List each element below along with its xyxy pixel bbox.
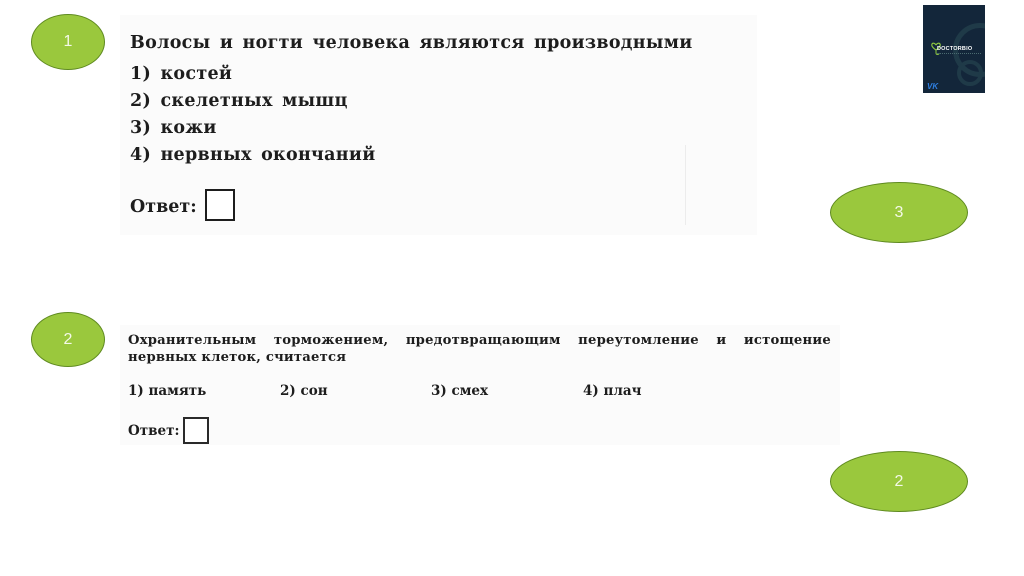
- marker-label: 1: [64, 33, 73, 51]
- question-2-answer: Ответ:: [128, 417, 209, 444]
- question-1-answer: Ответ:: [130, 193, 235, 221]
- answer-box: [205, 189, 235, 221]
- stem-word: истощение: [744, 332, 831, 349]
- option-3: 3) смех: [431, 383, 488, 399]
- logo-tagline: [937, 53, 981, 55]
- option-2: 2) скелетных мышц: [130, 88, 375, 115]
- answer-label: Ответ:: [128, 423, 179, 439]
- stem-word: и: [716, 332, 726, 349]
- stem-word: Охранительным: [128, 332, 256, 349]
- option-1: 1) память: [128, 383, 206, 399]
- stem-word: торможением,: [274, 332, 388, 349]
- question-1-image: Волосы и ногти человека являются произво…: [120, 15, 757, 235]
- marker-label: 3: [895, 204, 904, 222]
- option-1: 1) костей: [130, 61, 375, 88]
- vk-icon: VK: [927, 82, 938, 91]
- stethoscope-chestpiece-icon: [957, 60, 983, 86]
- question-2-image: Охранительным торможением, предотвращающ…: [120, 325, 840, 445]
- question-1-stem: Волосы и ногти человека являются произво…: [130, 33, 693, 53]
- marker-label: 2: [895, 473, 904, 491]
- stem-word: предотвращающим: [406, 332, 561, 349]
- option-2: 2) сон: [280, 383, 328, 399]
- question-2-stem: Охранительным торможением, предотвращающ…: [128, 332, 831, 366]
- stem-word: переутомление: [578, 332, 699, 349]
- answer-marker-2: 2: [830, 451, 968, 512]
- doctorbio-logo: DOCTORBIO VK: [923, 5, 985, 93]
- option-4: 4) нервных окончаний: [130, 142, 375, 169]
- option-4: 4) плач: [583, 383, 642, 399]
- question-number-marker-2: 2: [31, 312, 105, 367]
- answer-label: Ответ:: [130, 197, 197, 217]
- faded-background-artifact: [685, 145, 751, 225]
- question-number-marker-1: 1: [31, 14, 105, 70]
- answer-box: [183, 417, 209, 444]
- answer-marker-1: 3: [830, 182, 968, 243]
- marker-label: 2: [64, 331, 73, 349]
- logo-brand-text: DOCTORBIO: [937, 46, 972, 52]
- stem-line-2: нервных клеток, считается: [128, 349, 831, 366]
- option-3: 3) кожи: [130, 115, 375, 142]
- question-1-options: 1) костей 2) скелетных мышц 3) кожи 4) н…: [130, 61, 375, 169]
